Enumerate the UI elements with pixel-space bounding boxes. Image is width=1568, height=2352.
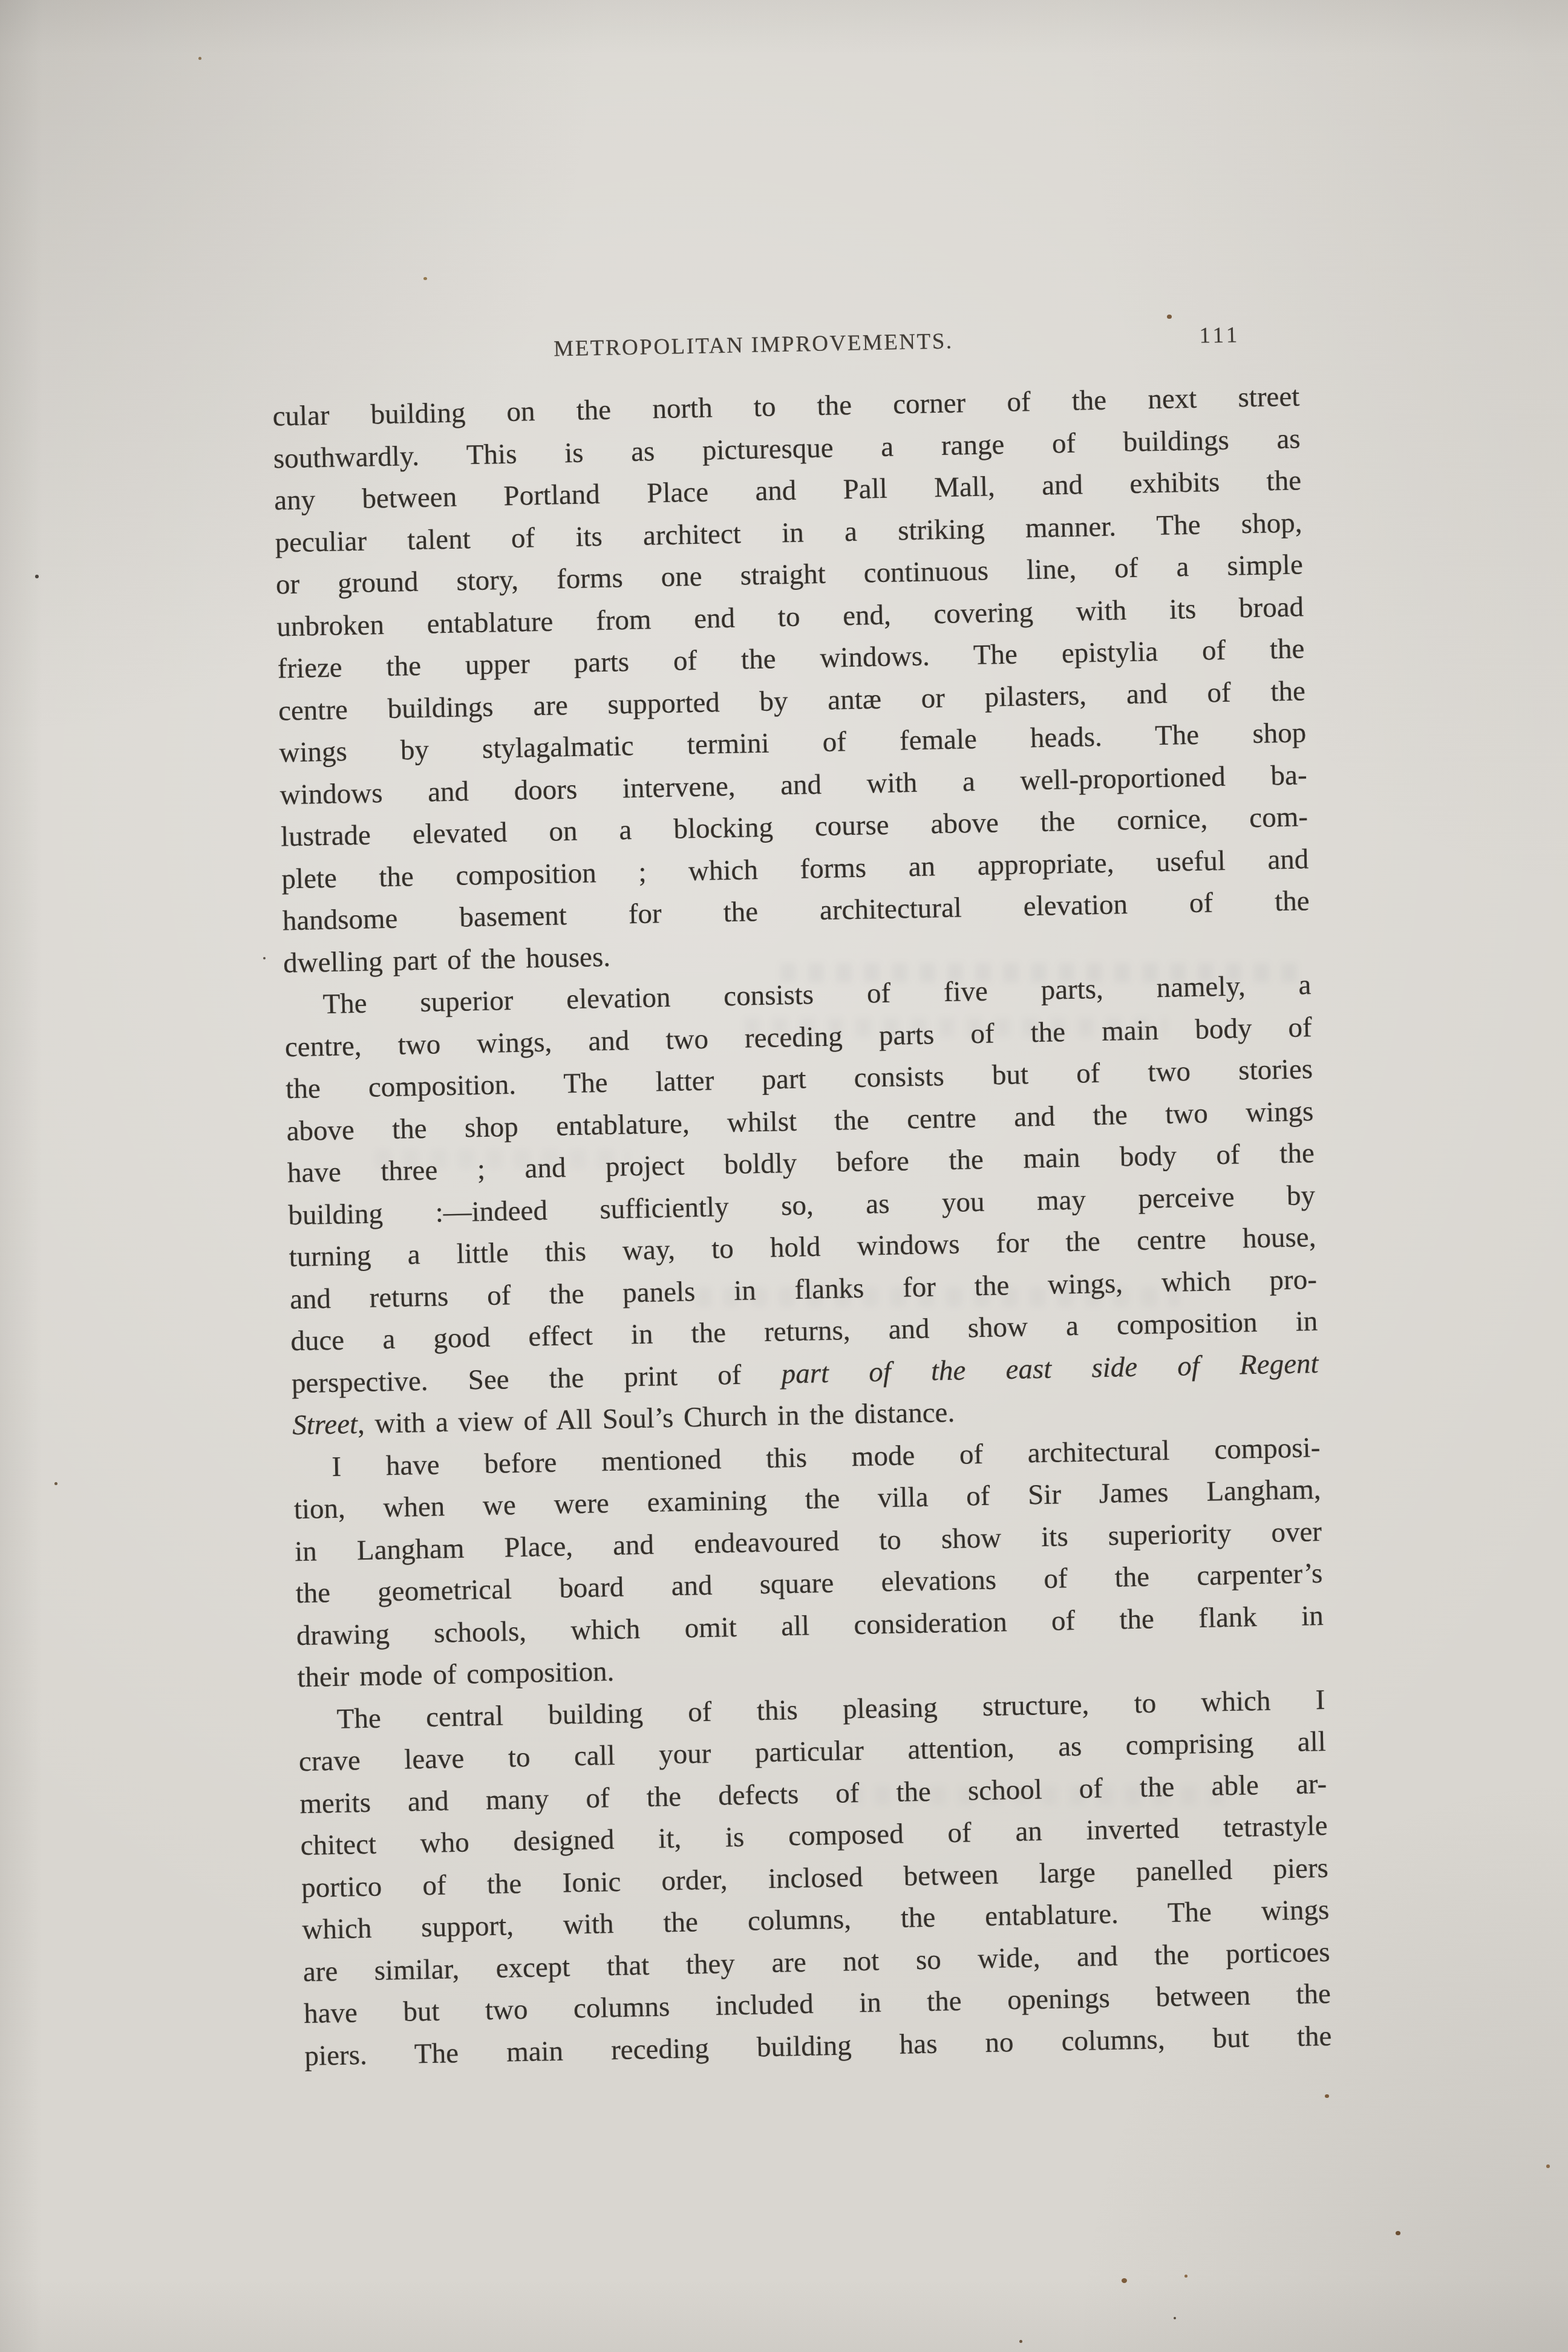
italic-text-segment: part of the east side of Regent (781, 1348, 1319, 1390)
paragraph: The central building of this pleasing st… (298, 1679, 1332, 2077)
paragraph: cular building on the north to the corne… (272, 376, 1311, 984)
text-segment: dwelling part of the houses. (283, 941, 611, 979)
text-segment: perspective. See the print of (291, 1358, 782, 1399)
foxing-speck (1122, 2278, 1127, 2283)
foxing-speck (1396, 2231, 1400, 2235)
foxing-speck (263, 957, 266, 959)
foxing-speck (1174, 2317, 1176, 2319)
body-text: cular building on the north to the corne… (272, 376, 1332, 2077)
foxing-speck (54, 1482, 57, 1485)
foxing-speck (1019, 2340, 1022, 2343)
page-title: METROPOLITAN IMPROVEMENTS. (240, 322, 1267, 368)
book-page: METROPOLITAN IMPROVEMENTS. 111 cular bui… (0, 0, 1568, 2352)
foxing-speck (1546, 2164, 1550, 2168)
foxing-speck (35, 575, 39, 578)
running-head: METROPOLITAN IMPROVEMENTS. 111 (271, 321, 1299, 371)
paragraph: I have before mentioned this mode of arc… (293, 1427, 1325, 1699)
foxing-speck (1325, 2094, 1329, 2098)
foxing-speck (423, 277, 427, 280)
text-segment: their mode of composition. (297, 1656, 615, 1693)
page-number: 111 (1199, 322, 1241, 348)
foxing-speck (1184, 2275, 1187, 2278)
italic-text-segment: Street (292, 1408, 358, 1441)
printed-area: METROPOLITAN IMPROVEMENTS. 111 cular bui… (271, 321, 1332, 2077)
foxing-speck (1167, 315, 1172, 319)
foxing-speck (198, 57, 201, 60)
paragraph: The superior elevation consists of five … (284, 964, 1320, 1447)
text-segment: , with a view of All Soul’s Church in th… (358, 1397, 955, 1440)
